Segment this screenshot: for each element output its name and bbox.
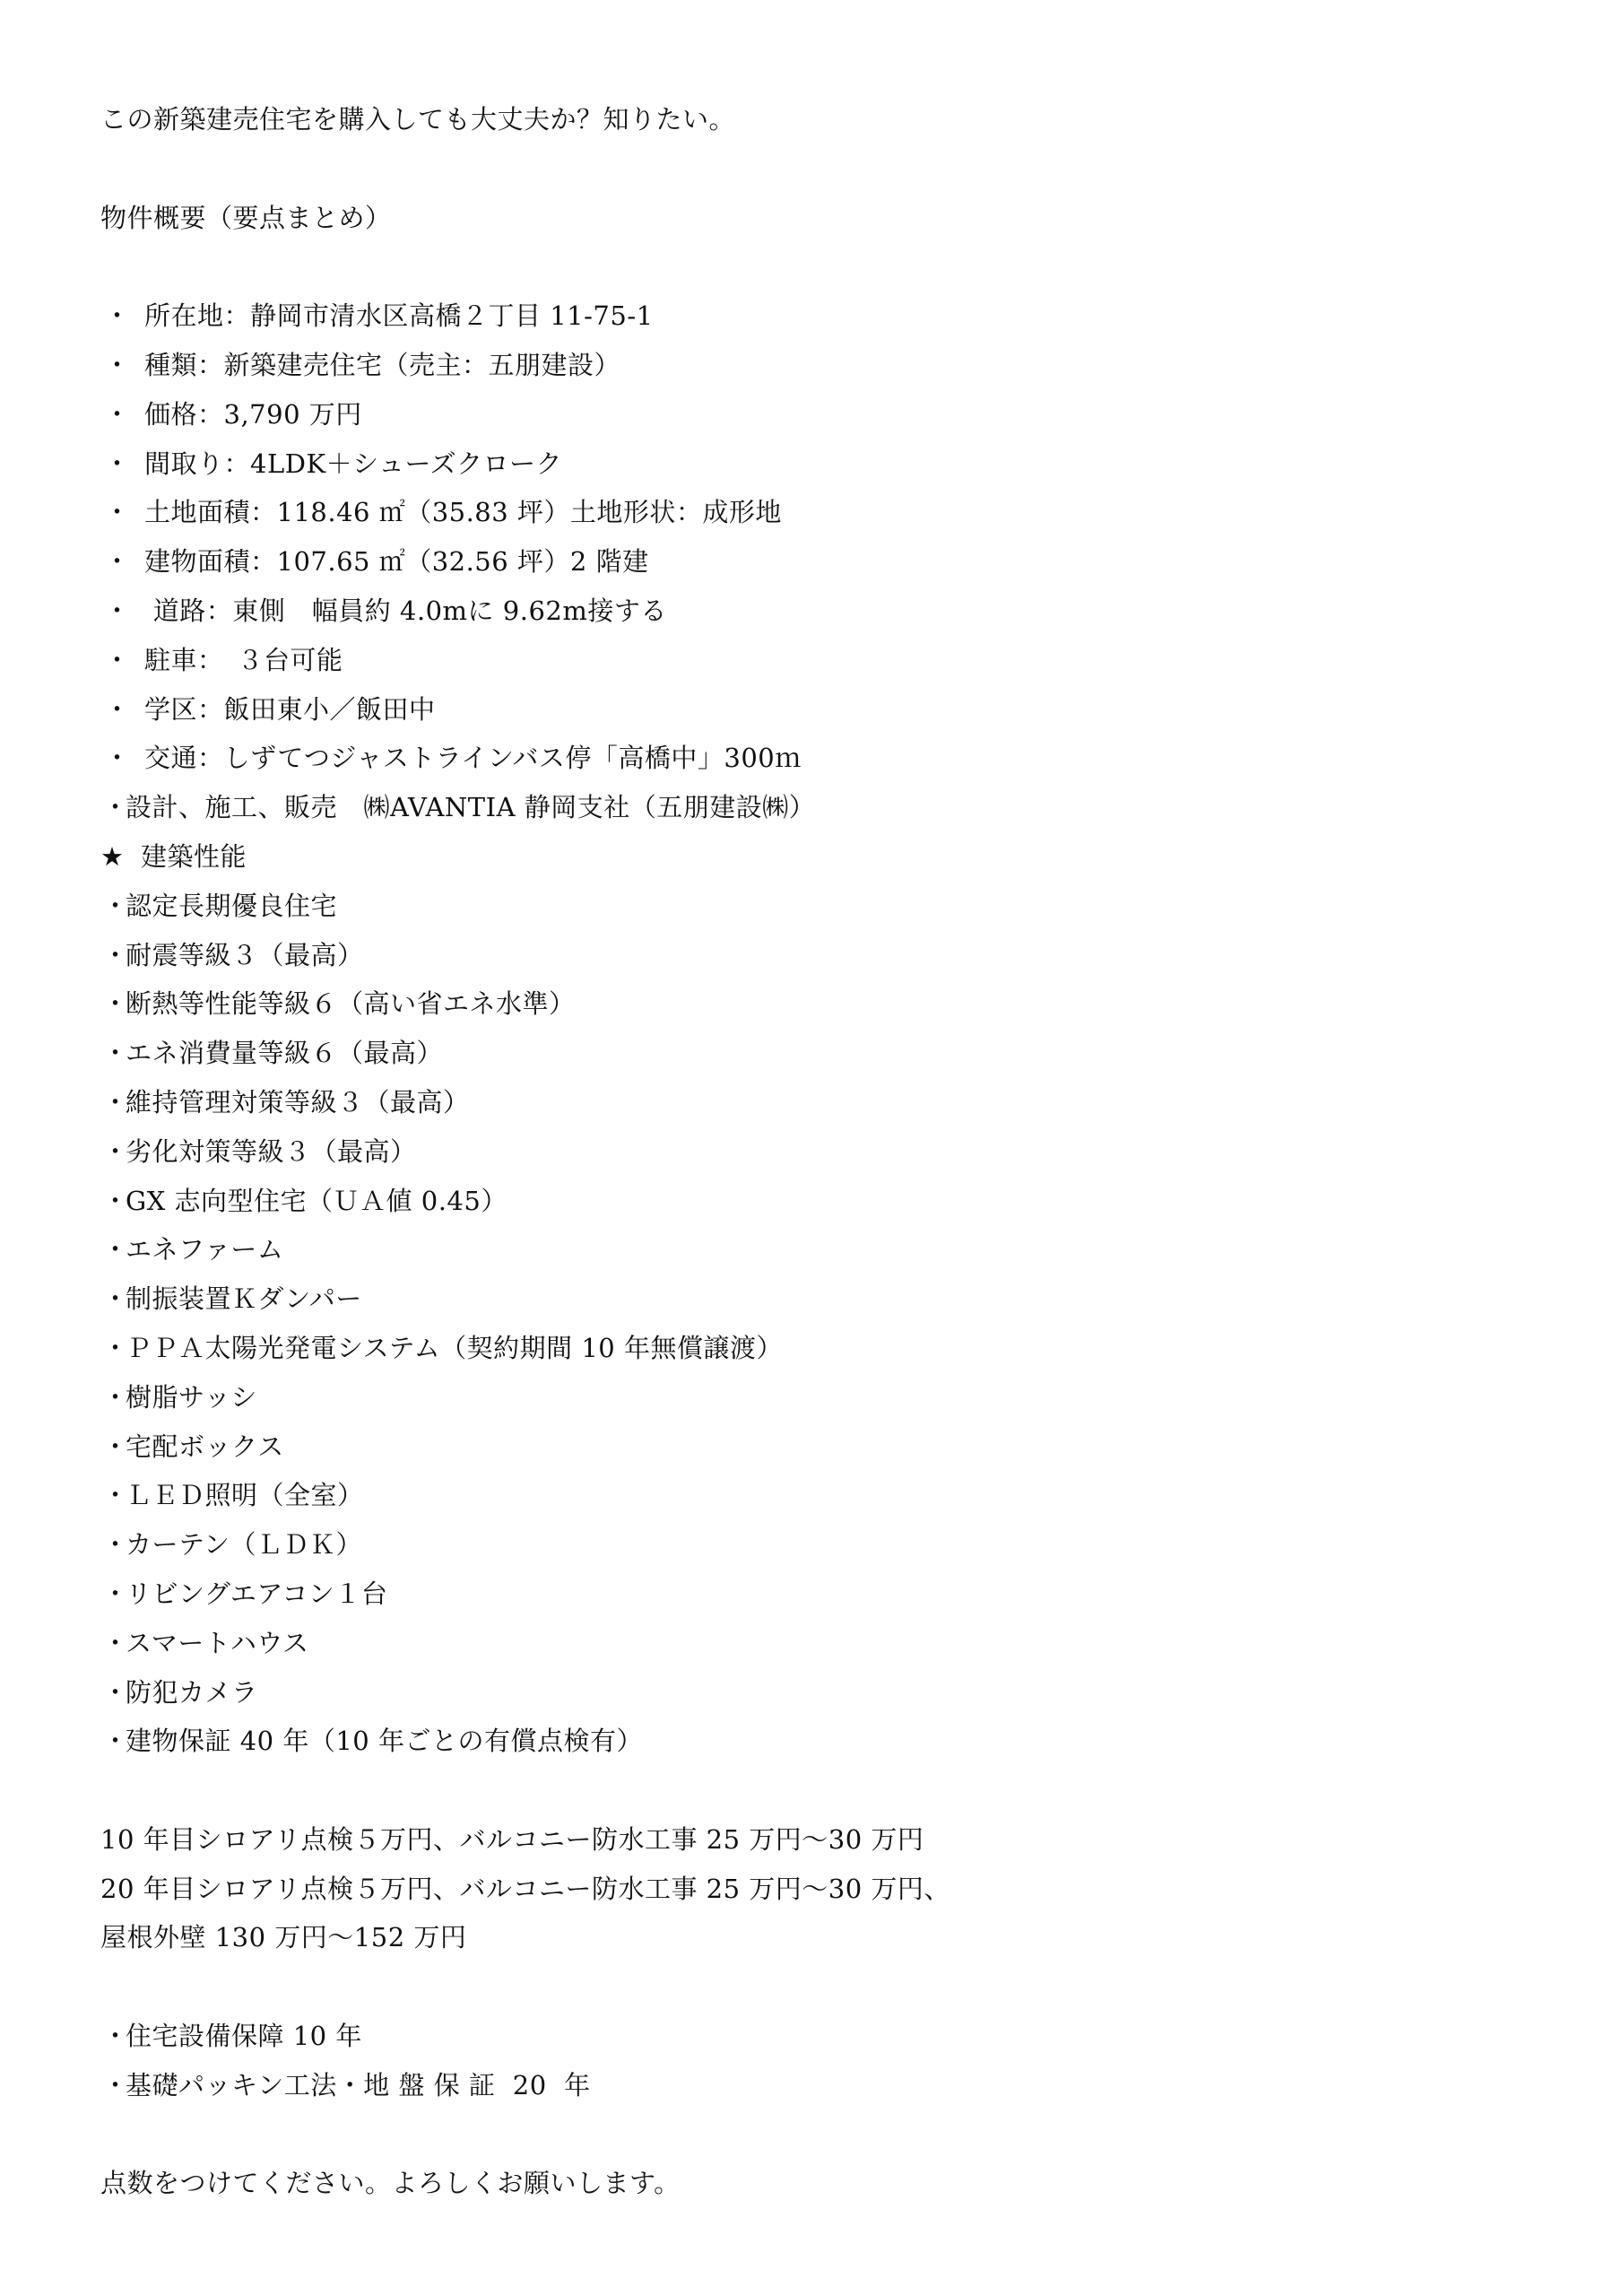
bullet-icon: ・ bbox=[100, 1570, 126, 1619]
performance-item-text: 樹脂サッシ bbox=[126, 1382, 257, 1413]
performance-item-text: リビングエアコン１台 bbox=[126, 1578, 387, 1609]
warranty-item: ・基礎パッキン工法・地 盤 保 証 20 年 bbox=[100, 2061, 1535, 2110]
maintenance-line: 屋根外壁 130 万円～152 万円 bbox=[100, 1913, 1535, 1962]
bullet-icon: ・ bbox=[100, 1471, 126, 1520]
bullet-icon: ・ bbox=[100, 1177, 126, 1226]
bullet-icon: ・ bbox=[100, 1274, 126, 1324]
overview-heading: 物件概要（要点まとめ） bbox=[100, 194, 1535, 243]
performance-list: ・認定長期優良住宅 ・耐震等級３（最高） ・断熱等性能等級６（高い省エネ水準） … bbox=[100, 882, 1535, 1766]
bullet-icon: ・ bbox=[100, 439, 144, 489]
overview-item-school-district: ・学区：飯田東小／飯田中 bbox=[100, 685, 1535, 735]
spacer bbox=[100, 144, 1535, 194]
bullet-icon: ・ bbox=[100, 1373, 126, 1422]
spacer bbox=[100, 242, 1535, 291]
bullet-icon: ・ bbox=[100, 488, 144, 537]
overview-item-text: 所在地：静岡市清水区高橋２丁目 11-75-1 bbox=[144, 300, 654, 331]
performance-item: ・認定長期優良住宅 bbox=[100, 882, 1535, 931]
performance-item: ・耐震等級３（最高） bbox=[100, 931, 1535, 980]
bullet-icon: ・ bbox=[100, 390, 144, 439]
performance-item-text: 劣化対策等級３（最高） bbox=[126, 1136, 417, 1167]
bullet-icon: ・ bbox=[100, 2012, 126, 2061]
overview-item-text: 学区：飯田東小／飯田中 bbox=[144, 694, 436, 725]
bullet-icon: ・ bbox=[100, 1127, 126, 1177]
overview-item-builder: ・設計、施工、販売 ㈱AVANTIA 静岡支社（五朋建設㈱） bbox=[100, 783, 1535, 832]
bullet-icon: ・ bbox=[100, 783, 126, 832]
overview-item-text: 価格：3,790 万円 bbox=[144, 399, 362, 430]
performance-item-text: ＬＥＤ照明（全室） bbox=[126, 1480, 364, 1510]
bullet-icon: ・ bbox=[100, 291, 144, 341]
bullet-icon: ・ bbox=[100, 1225, 126, 1274]
performance-item: ・防犯カメラ bbox=[100, 1668, 1535, 1718]
performance-item: ・宅配ボックス bbox=[100, 1422, 1535, 1472]
overview-list: ・所在地：静岡市清水区高橋２丁目 11-75-1 ・種類：新築建売住宅（売主：五… bbox=[100, 291, 1535, 832]
performance-item-text: 制振装置Ｋダンパー bbox=[126, 1283, 362, 1314]
performance-item-text: カーテン（ＬＤＫ） bbox=[126, 1529, 362, 1560]
overview-item-location: ・所在地：静岡市清水区高橋２丁目 11-75-1 bbox=[100, 291, 1535, 341]
performance-item-text: エネファーム bbox=[126, 1234, 283, 1265]
overview-item-layout: ・間取り：4LDK＋シューズクローク bbox=[100, 439, 1535, 489]
star-icon: ★ bbox=[100, 832, 141, 882]
spacer bbox=[100, 1766, 1535, 1815]
performance-item-text: エネ消費量等級６（最高） bbox=[126, 1038, 443, 1068]
warranty-list: ・住宅設備保障 10 年 ・基礎パッキン工法・地 盤 保 証 20 年 bbox=[100, 2012, 1535, 2110]
bullet-icon: ・ bbox=[100, 1029, 126, 1078]
performance-item: ・スマートハウス bbox=[100, 1619, 1535, 1668]
performance-item: ・建物保証 40 年（10 年ごとの有償点検有） bbox=[100, 1717, 1535, 1766]
performance-item-text: 防犯カメラ bbox=[126, 1677, 258, 1708]
overview-item-text: 建物面積：107.65 ㎡（32.56 坪）2 階建 bbox=[144, 546, 649, 577]
overview-item-type: ・種類：新築建売住宅（売主：五朋建設） bbox=[100, 341, 1535, 390]
bullet-icon: ・ bbox=[100, 1078, 126, 1127]
bullet-icon: ・ bbox=[100, 587, 144, 636]
bullet-icon: ・ bbox=[100, 1422, 126, 1472]
bullet-icon: ・ bbox=[100, 1520, 126, 1570]
performance-item-text: 建物保証 40 年（10 年ごとの有償点検有） bbox=[126, 1726, 643, 1756]
performance-item: ・維持管理対策等級３（最高） bbox=[100, 1078, 1535, 1127]
warranty-item: ・住宅設備保障 10 年 bbox=[100, 2012, 1535, 2061]
bullet-icon: ・ bbox=[100, 979, 126, 1029]
performance-item-text: 耐震等級３（最高） bbox=[126, 940, 364, 970]
maintenance-line: 10 年目シロアリ点検５万円、バルコニー防水工事 25 万円～30 万円 bbox=[100, 1815, 1535, 1865]
bullet-icon: ・ bbox=[100, 1717, 126, 1766]
performance-item-text: 維持管理対策等級３（最高） bbox=[126, 1087, 470, 1118]
spacer bbox=[100, 2110, 1535, 2160]
spacer bbox=[100, 1962, 1535, 2012]
maintenance-costs: 10 年目シロアリ点検５万円、バルコニー防水工事 25 万円～30 万円 20 … bbox=[100, 1815, 1535, 1962]
performance-item-text: GX 志向型住宅（ＵＡ値 0.45） bbox=[126, 1186, 507, 1216]
overview-item-text: 土地面積：118.46 ㎡（35.83 坪）土地形状：成形地 bbox=[144, 497, 782, 527]
bullet-icon: ・ bbox=[100, 882, 126, 931]
bullet-icon: ・ bbox=[100, 685, 144, 735]
bullet-icon: ・ bbox=[100, 931, 126, 980]
performance-item: ・エネ消費量等級６（最高） bbox=[100, 1029, 1535, 1078]
performance-heading: ★建築性能 bbox=[100, 832, 1535, 882]
performance-heading-text: 建築性能 bbox=[141, 841, 247, 872]
bullet-icon: ・ bbox=[100, 1324, 126, 1373]
bullet-icon: ・ bbox=[100, 1668, 126, 1718]
bullet-icon: ・ bbox=[100, 636, 144, 685]
overview-item-transport: ・交通：しずてつジャストラインバス停「高橋中」300ｍ bbox=[100, 734, 1535, 783]
performance-item: ・エネファーム bbox=[100, 1225, 1535, 1274]
overview-item-road: ・ 道路：東側 幅員約 4.0mに 9.62m接する bbox=[100, 587, 1535, 636]
bullet-icon: ・ bbox=[100, 1619, 126, 1668]
performance-item: ・断熱等性能等級６（高い省エネ水準） bbox=[100, 979, 1535, 1029]
overview-item-text: 道路：東側 幅員約 4.0mに 9.62m接する bbox=[144, 596, 667, 626]
performance-item: ・リビングエアコン１台 bbox=[100, 1570, 1535, 1619]
performance-item: ・劣化対策等級３（最高） bbox=[100, 1127, 1535, 1177]
performance-item: ・制振装置Ｋダンパー bbox=[100, 1274, 1535, 1324]
overview-item-text: 設計、施工、販売 ㈱AVANTIA 静岡支社（五朋建設㈱） bbox=[126, 792, 815, 822]
bullet-icon: ・ bbox=[100, 2061, 126, 2110]
overview-item-price: ・価格：3,790 万円 bbox=[100, 390, 1535, 439]
overview-item-parking: ・駐車： ３台可能 bbox=[100, 636, 1535, 685]
document-body: この新築建売住宅を購入しても大丈夫か？知りたい。 物件概要（要点まとめ） ・所在… bbox=[100, 95, 1535, 2208]
closing-request: 点数をつけてください。よろしくお願いします。 bbox=[100, 2159, 1535, 2208]
overview-item-text: 交通：しずてつジャストラインバス停「高橋中」300ｍ bbox=[144, 743, 802, 773]
bullet-icon: ・ bbox=[100, 734, 144, 783]
bullet-icon: ・ bbox=[100, 341, 144, 390]
overview-item-building-area: ・建物面積：107.65 ㎡（32.56 坪）2 階建 bbox=[100, 537, 1535, 587]
question-text: この新築建売住宅を購入しても大丈夫か？知りたい。 bbox=[100, 95, 1535, 144]
performance-item: ・GX 志向型住宅（ＵＡ値 0.45） bbox=[100, 1177, 1535, 1226]
performance-item-text: 認定長期優良住宅 bbox=[126, 891, 337, 921]
performance-item: ・ＰＰＡ太陽光発電システム（契約期間 10 年無償譲渡） bbox=[100, 1324, 1535, 1373]
bullet-icon: ・ bbox=[100, 537, 144, 587]
performance-item: ・樹脂サッシ bbox=[100, 1373, 1535, 1422]
overview-item-text: 間取り：4LDK＋シューズクローク bbox=[144, 448, 562, 479]
warranty-item-text: 住宅設備保障 10 年 bbox=[126, 2021, 362, 2051]
performance-item: ・ＬＥＤ照明（全室） bbox=[100, 1471, 1535, 1520]
maintenance-line: 20 年目シロアリ点検５万円、バルコニー防水工事 25 万円～30 万円、 bbox=[100, 1865, 1535, 1914]
performance-item-text: 断熱等性能等級６（高い省エネ水準） bbox=[126, 988, 576, 1019]
overview-item-text: 種類：新築建売住宅（売主：五朋建設） bbox=[144, 350, 620, 380]
warranty-item-text: 基礎パッキン工法・地 盤 保 証 20 年 bbox=[126, 2070, 591, 2100]
overview-item-land-area: ・土地面積：118.46 ㎡（35.83 坪）土地形状：成形地 bbox=[100, 488, 1535, 537]
performance-item-text: スマートハウス bbox=[126, 1628, 308, 1658]
performance-item-text: 宅配ボックス bbox=[126, 1431, 284, 1462]
performance-item: ・カーテン（ＬＤＫ） bbox=[100, 1520, 1535, 1570]
overview-item-text: 駐車： ３台可能 bbox=[144, 645, 343, 675]
performance-item-text: ＰＰＡ太陽光発電システム（契約期間 10 年無償譲渡） bbox=[126, 1333, 783, 1363]
